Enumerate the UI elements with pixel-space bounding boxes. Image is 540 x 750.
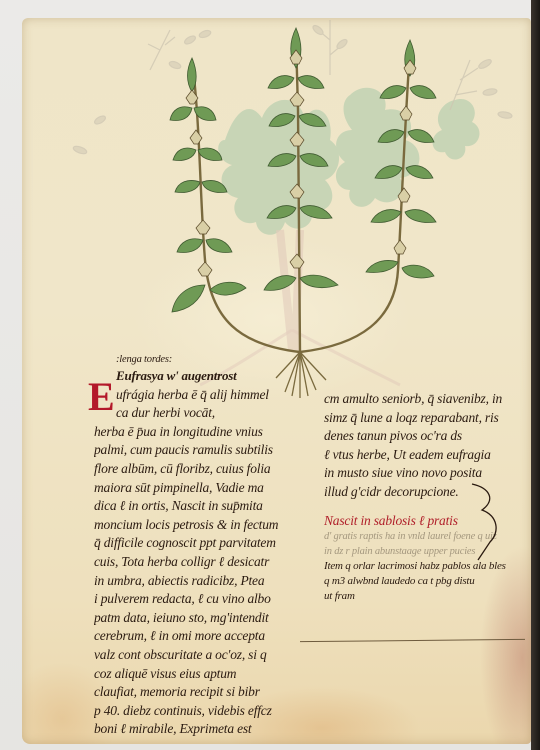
text-line: in umbra, abiectis radicibz, Ptea — [94, 572, 314, 591]
text-line: maiora sūt pimpinella, Vadie ma — [94, 479, 314, 498]
text-line: coz aliquē visus eius aptum — [94, 665, 314, 684]
text-line: p 40. diebz continuis, videbis effcz — [94, 702, 314, 721]
text-line: i pulverem redacta, ℓ cu vino albo — [94, 590, 314, 609]
text-line: boni ℓ mirabile, Exprimeta est — [94, 720, 314, 739]
text-line: dica ℓ in ortis, Nascit in sup̄mita — [94, 497, 314, 516]
plant-title: Eufrasya w' augentrost — [94, 367, 314, 386]
text-line: cuis, Tota herba colligr ℓ desicatr — [94, 553, 314, 572]
text-line: ufrágia herba ē q̄ alij himmel — [94, 386, 314, 405]
text-line: ℓ vtus herbe, Ut eadem eufragia — [324, 446, 519, 465]
offset-ghost-image — [72, 20, 512, 385]
text-line: denes tanun pivos oc'ra ds — [324, 427, 519, 446]
text-line: patm data, ieiuno sto, mg'intendit — [94, 609, 314, 628]
text-line: cm amulto seniorb, q̄ siavenibz, in — [324, 390, 519, 409]
decorated-initial: E — [88, 380, 118, 414]
added-note-line: q m3 alwbnd laudedo ca t pbg distu — [324, 574, 519, 589]
text-line: flore albūm, cū floribz, cuius folia — [94, 460, 314, 479]
text-line: moncium locis petrosis & in fectum — [94, 516, 314, 535]
text-line: simz q̄ lune a loqz reparabant, ris — [324, 409, 519, 428]
text-line: in musto siue vino novo posita — [324, 464, 519, 483]
added-note-line: ut fram — [324, 589, 519, 604]
plant-illustration — [0, 0, 540, 400]
text-line: valz cont obscuritate a oc'oz, si q — [94, 646, 314, 665]
text-line: herba ē p̄ua in longitudine vnius — [94, 423, 314, 442]
text-line: cerebrum, ℓ in omi more accepta — [94, 627, 314, 646]
plant-label-note: :lenga tordes: — [94, 352, 314, 367]
left-text-column: :lenga tordes: Eufrasya w' augentrost E … — [94, 352, 314, 739]
text-line: ca dur herbi vocāt, — [94, 404, 314, 423]
text-line: palmi, cum paucis ramulis subtilis — [94, 441, 314, 460]
rubric-text: Nascit in sablosis ℓ pratis — [324, 513, 458, 528]
text-line: q̄ difficile cognoscit ppt parvitatem — [94, 534, 314, 553]
text-line: claufiat, memoria recipit si bibr — [94, 683, 314, 702]
marginal-bracket — [470, 482, 504, 562]
